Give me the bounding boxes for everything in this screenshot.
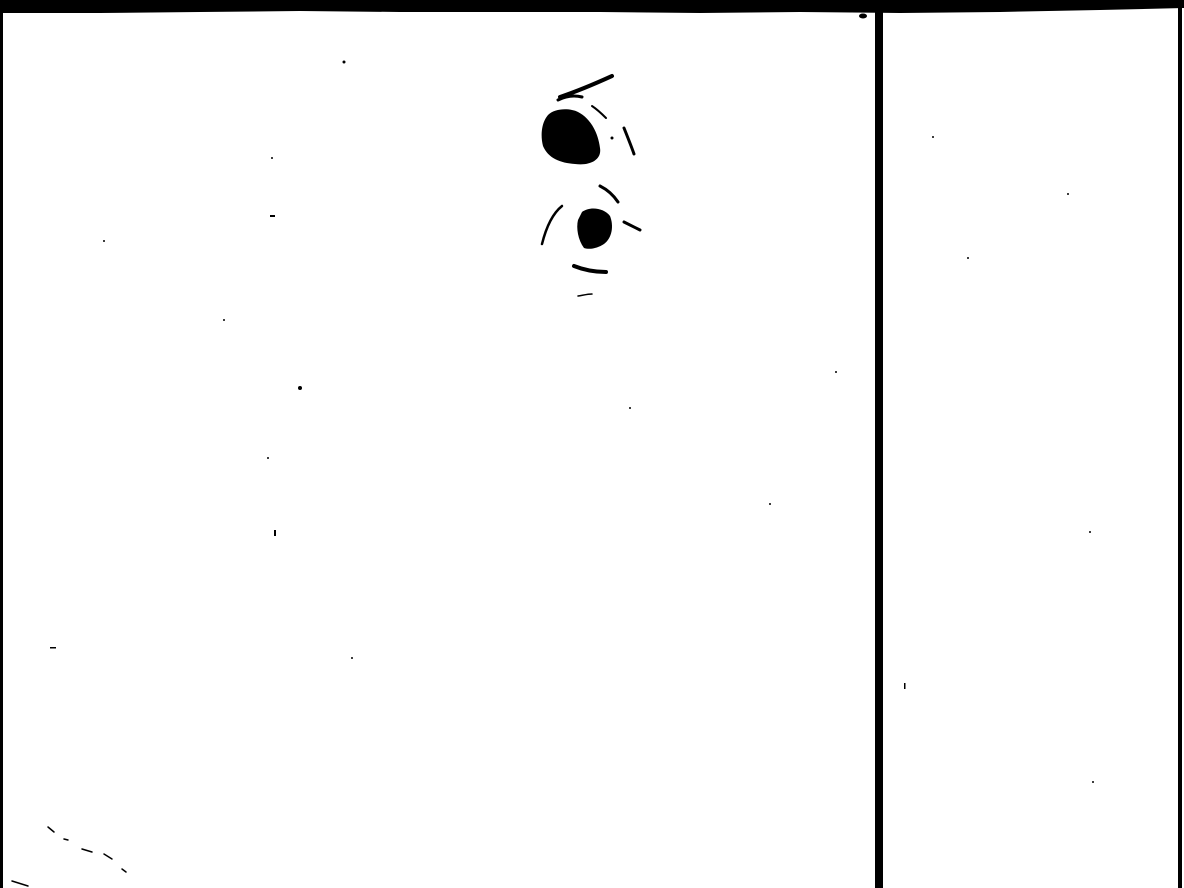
top-dark-edge bbox=[0, 0, 1184, 13]
photo-scene bbox=[0, 0, 1184, 888]
far-right-edge bbox=[1178, 0, 1182, 888]
left-edge bbox=[0, 10, 3, 888]
speck bbox=[859, 14, 867, 19]
upper-eye-fleck bbox=[611, 137, 614, 140]
right-divider-shoulder bbox=[875, 0, 881, 670]
